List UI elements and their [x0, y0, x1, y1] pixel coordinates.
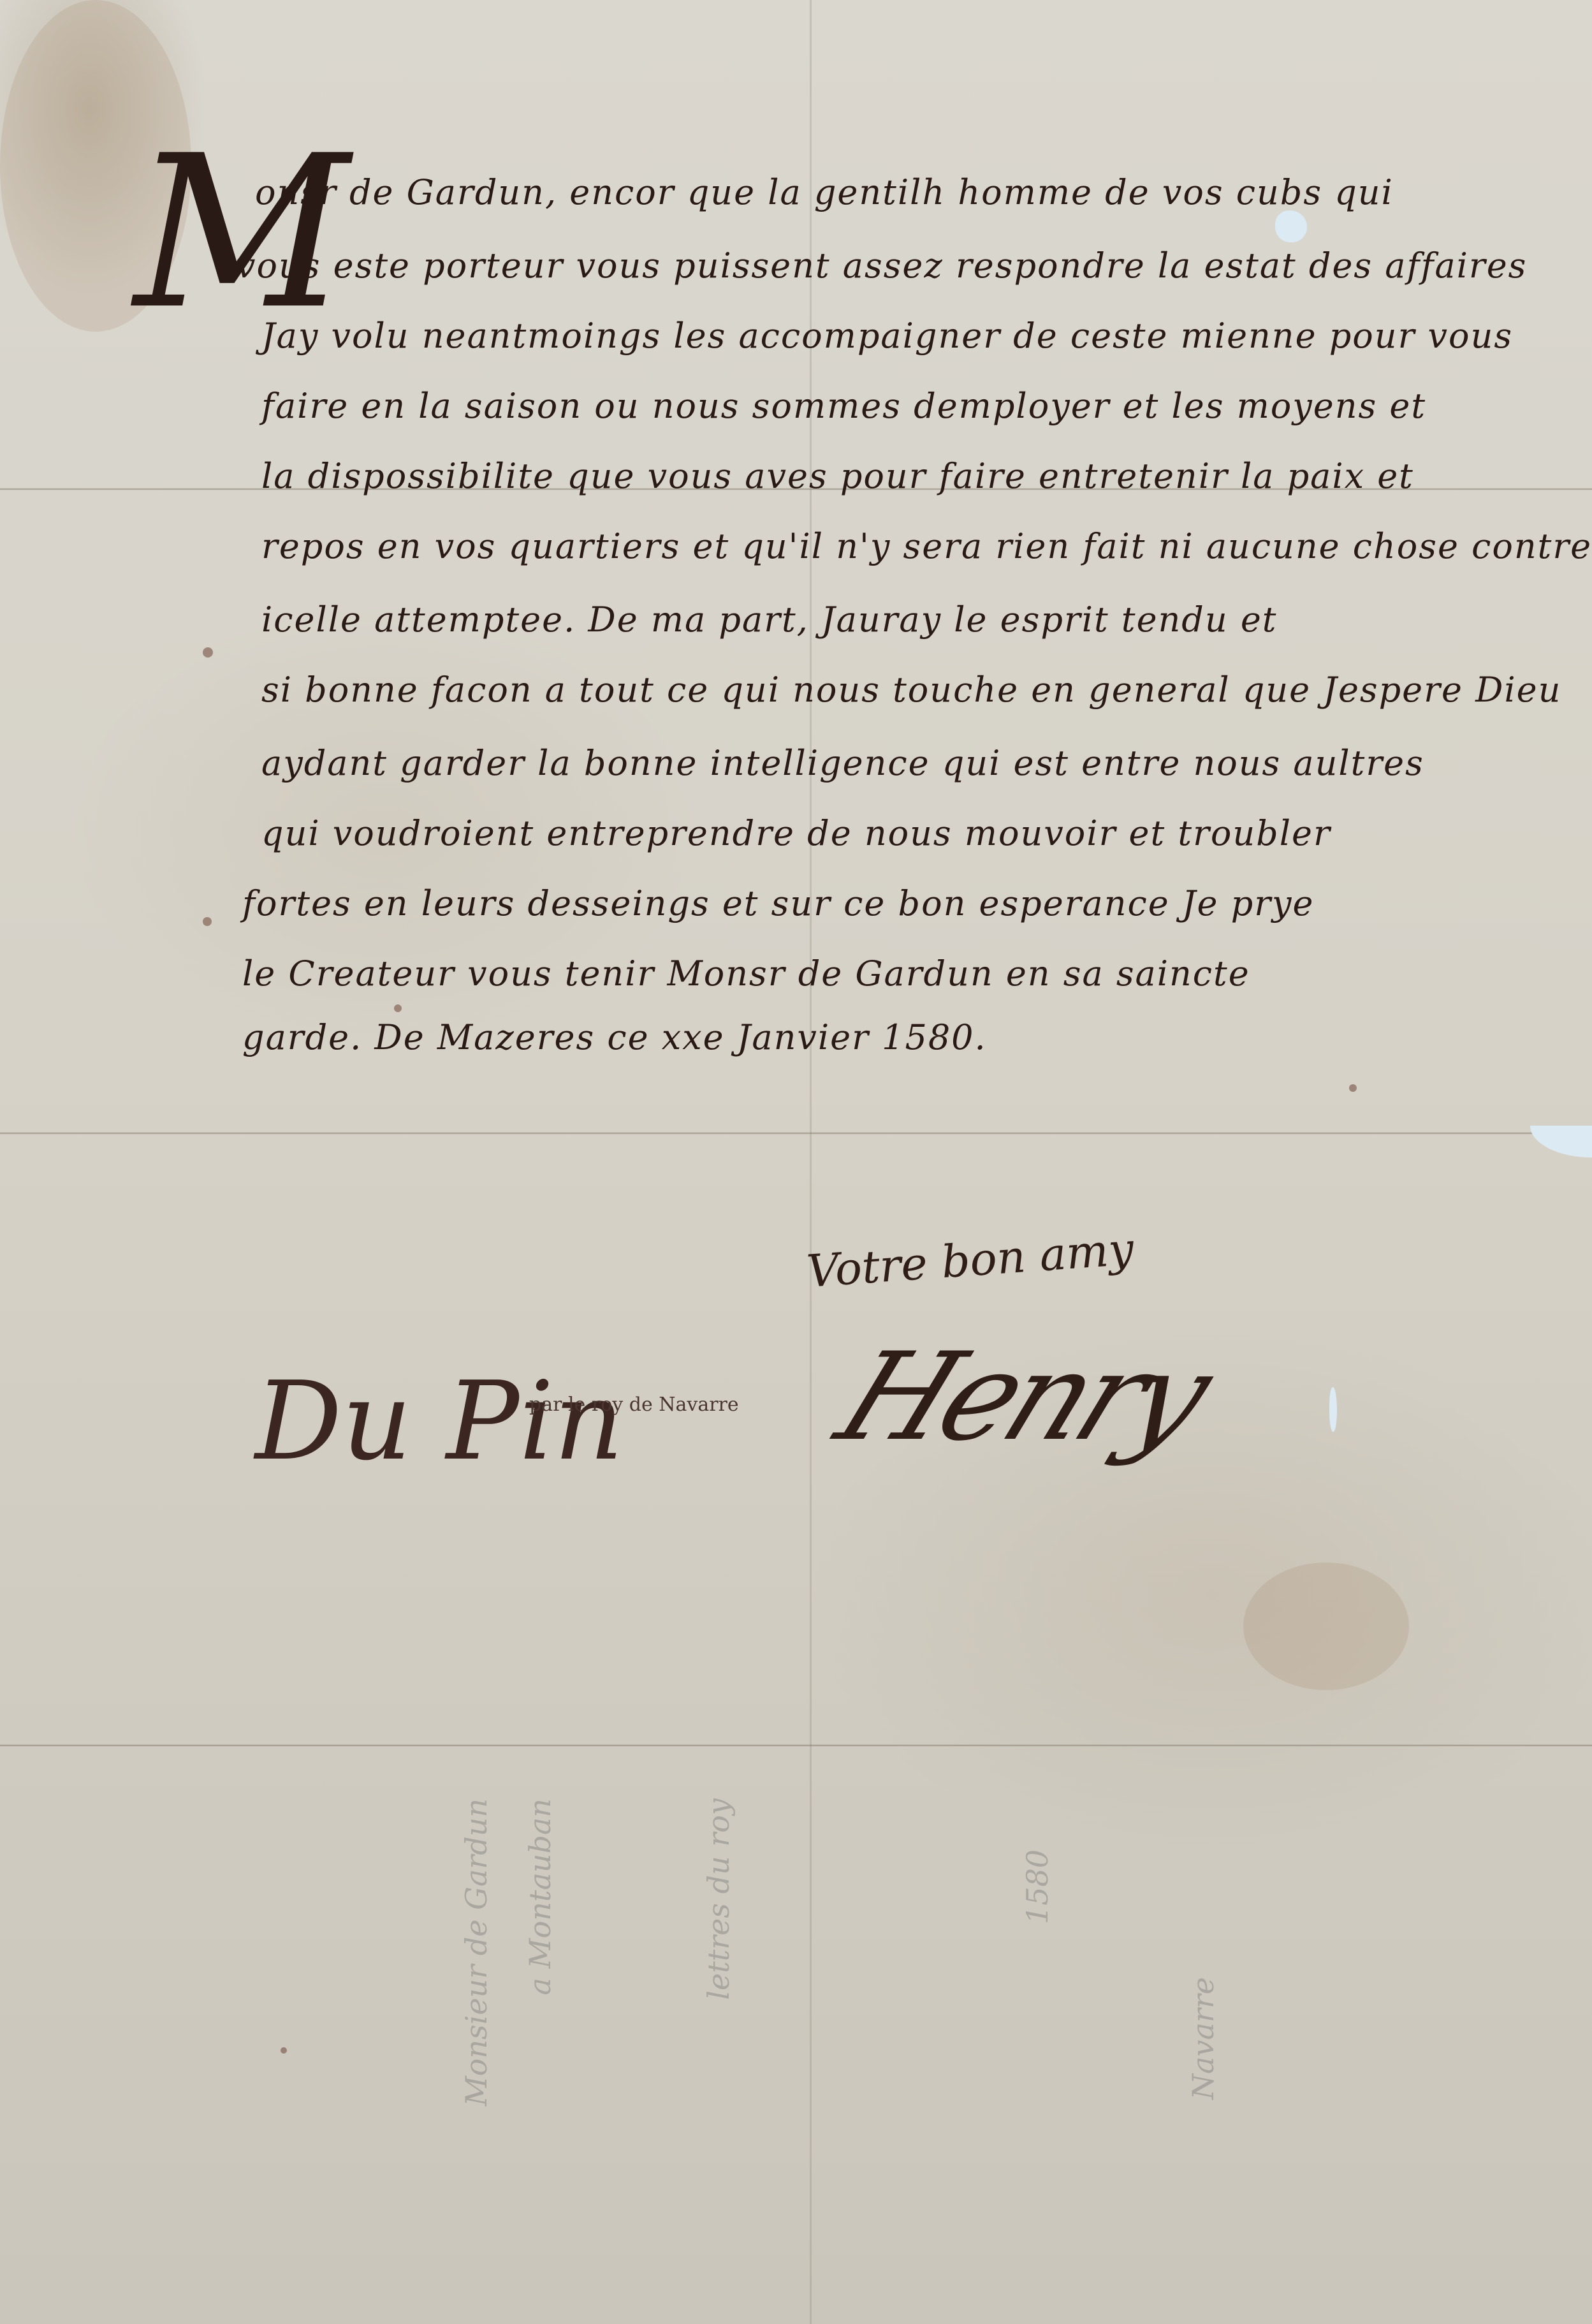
verso-show-through: Monsieur de Gardun	[459, 1798, 493, 2106]
letter-line: Jay volu neantmoings les accompaigner de…	[261, 316, 1513, 356]
closing-formula: Votre bon amy	[805, 1223, 1136, 1298]
ink-spot	[203, 647, 213, 658]
paper-hole	[1275, 210, 1307, 242]
letter-line: la dispossibilite que vous aves pour fai…	[261, 456, 1414, 496]
letter-line: faire en la saison ou nous sommes demplo…	[261, 386, 1426, 426]
verso-show-through: lettres du roy	[701, 1798, 736, 2000]
letter-line: qui voudroient entreprendre de nous mouv…	[261, 813, 1331, 853]
verso-show-through: 1580	[1020, 1850, 1055, 1924]
fold-line-middle	[0, 1132, 1592, 1135]
letter-line: icelle attemptee. De ma part, Jauray le …	[261, 599, 1277, 640]
ink-spot	[1349, 1084, 1357, 1092]
decorated-initial: M	[134, 128, 349, 338]
royal-signature: Henry	[819, 1327, 1226, 1467]
ink-spot	[203, 917, 212, 926]
letter-line: aydant garder la bonne intelligence qui …	[261, 743, 1424, 783]
countersignature: Du Pin	[255, 1358, 624, 1485]
letter-line: le Createur vous tenir Monsr de Gardun e…	[242, 953, 1250, 994]
fold-line-bottom	[0, 1744, 1592, 1747]
verso-show-through: a Montauban	[523, 1798, 557, 1996]
letter-line: repos en vos quartiers et qu'il n'y sera…	[261, 526, 1592, 566]
letter-line: fortes en leurs desseings et sur ce bon …	[242, 883, 1314, 923]
manuscript-page: M onsr de Gardun, encor que la gentilh h…	[0, 0, 1592, 2324]
verso-show-through: Navarre	[1186, 1977, 1220, 2100]
letter-line-date: garde. De Mazeres ce xxe Janvier 1580.	[242, 1017, 987, 1057]
paper-tear-right	[1530, 1126, 1592, 1158]
letter-line: onsr de Gardun, encor que la gentilh hom…	[255, 172, 1394, 212]
letter-line: vous este porteur vous puissent assez re…	[236, 246, 1527, 286]
foxing-stain	[1243, 1563, 1409, 1690]
paper-hole-small	[1329, 1387, 1337, 1432]
secretary-note: par le roy de Navarre	[529, 1394, 739, 1416]
ink-spot	[394, 1004, 402, 1012]
letter-line: si bonne facon a tout ce qui nous touche…	[261, 670, 1561, 710]
ink-spot	[281, 2047, 287, 2054]
